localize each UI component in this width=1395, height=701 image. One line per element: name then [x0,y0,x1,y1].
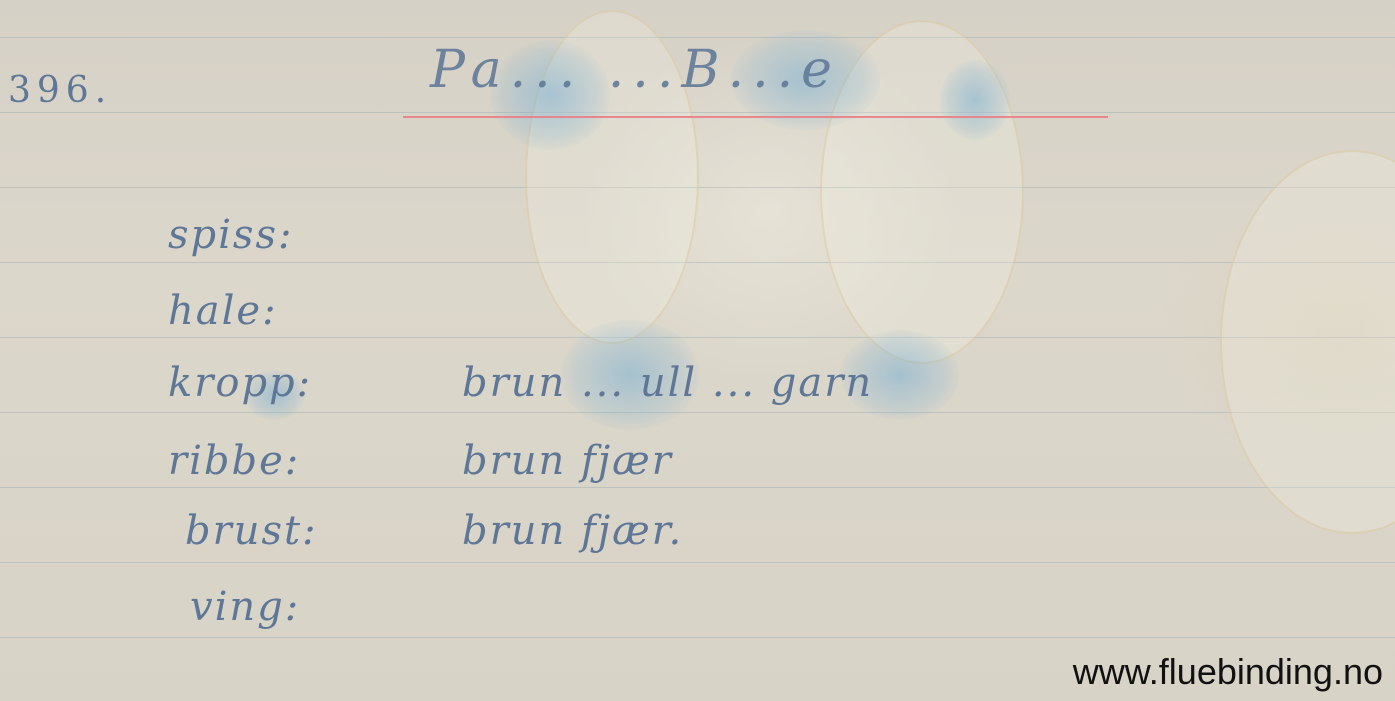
field-label-ving: ving: [190,584,300,630]
ruled-line [0,487,1395,488]
field-label-ribbe: ribbe: [168,438,300,484]
field-label-kropp: kropp: [168,360,312,406]
ruled-line [0,337,1395,338]
field-value-ribbe: brun fjær [462,438,673,484]
field-value-kropp: brun ... ull ... garn [462,360,873,406]
ruled-line [0,262,1395,263]
field-label-hale: hale: [168,288,278,334]
field-label-spiss: spiss: [168,212,293,258]
ruled-line [0,37,1395,38]
water-stain-ring [820,20,1024,364]
document-page: 396. Pa... ...B...e spiss: hale: kropp: … [0,0,1395,701]
ruled-line [0,187,1395,188]
field-label-brust: brust: [185,508,318,554]
ruled-line [0,112,1395,113]
entry-number: 396. [8,70,112,111]
title-underline [403,116,1108,118]
pattern-title: Pa... ...B...e [430,40,840,100]
ruled-line [0,412,1395,413]
field-value-brust: brun fjær. [462,508,683,554]
watermark-text: www.fluebinding.no [1073,651,1383,693]
water-stain-ring [1220,150,1395,534]
ruled-line [0,562,1395,563]
ruled-line [0,637,1395,638]
ink-stain [940,60,1010,140]
